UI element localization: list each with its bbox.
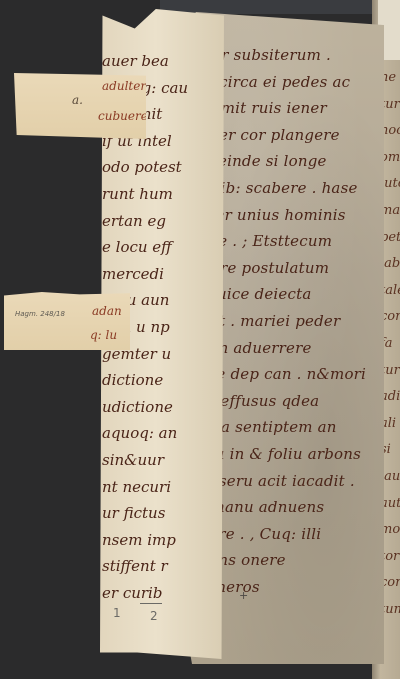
fragment-top-letter: a. <box>72 93 83 107</box>
folio-mark: + <box>239 589 248 602</box>
strip-text-line: udictione <box>102 398 173 416</box>
strip-text-line: runt hum <box>102 185 173 203</box>
fragment-top: a. adulter cubuere <box>14 73 146 139</box>
strip-text-line: ertan eg <box>102 212 166 230</box>
fragment-bottom: Hagm. 248/18 adan q: lu <box>4 292 130 350</box>
fragment-shelfmark: Hagm. 248/18 <box>15 310 65 318</box>
strip-text-line: ur fictus <box>102 504 165 522</box>
strip-text-line: e locu eff <box>102 238 172 256</box>
strip-pencil-mark <box>140 603 162 604</box>
strip-text-line: er curib <box>102 584 162 602</box>
strip-number-2: 2 <box>150 609 158 623</box>
fragment-top-line-2: cubuere <box>98 109 148 123</box>
strip-text-line: nt necuri <box>102 478 171 496</box>
fragment-bottom-line-1: adan <box>92 304 122 318</box>
strip-text-line: odo potest <box>102 158 182 176</box>
strip-number-1: 1 <box>113 606 121 620</box>
strip-text-line: aquoq: an <box>102 424 177 442</box>
fragment-bottom-line-2: q: lu <box>90 328 117 342</box>
strip-text-line: sin&uur <box>102 451 164 469</box>
backdrop <box>160 0 400 14</box>
strip-text-line: stiffent r <box>102 557 168 575</box>
strip-text-line: dictione <box>102 371 163 389</box>
fragment-top-line-1: adulter <box>102 79 146 93</box>
strip-text-line: nsem imp <box>102 531 176 549</box>
strip-text-line: auer bea <box>102 52 169 70</box>
strip-text-line: mercedi <box>102 265 164 283</box>
